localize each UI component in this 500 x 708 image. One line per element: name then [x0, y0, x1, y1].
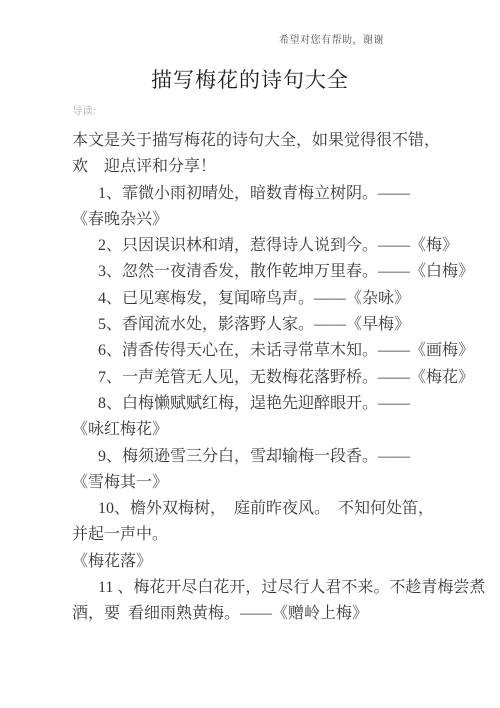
header-note: 希望对您有帮助，谢谢 — [0, 0, 500, 47]
doc-line: 11 、梅花开尽白花开，过尽行人君不来。不趁青梅尝煮 — [72, 575, 480, 601]
doc-content: 本文是关于描写梅花的诗句大全，如果觉得很不错， 欢 迎点评和分享！ 1、霏微小雨… — [0, 128, 500, 628]
doc-line: 欢 迎点评和分享！ — [72, 154, 480, 180]
doc-line: 《梅花落》 — [72, 549, 480, 575]
doc-line: 9、梅须逊雪三分白，雪却输梅一段香。—— — [72, 444, 480, 470]
lead-label: 导读: — [72, 105, 500, 118]
doc-line: 3、忽然一夜清香发，散作乾坤万里春。——《白梅》 — [72, 259, 480, 285]
document-page: 希望对您有帮助，谢谢 描写梅花的诗句大全 导读: 本文是关于描写梅花的诗句大全，… — [0, 0, 500, 708]
doc-line: 8、白梅懒赋赋红梅，逞艳先迎醉眼开。—— — [72, 391, 480, 417]
doc-line: 10、檐外双梅树， 庭前昨夜风。 不知何处笛， — [72, 496, 480, 522]
doc-line: 并起一声中。 — [72, 522, 480, 548]
doc-line: 酒，要 看细雨熟黄梅。——《赠岭上梅》 — [72, 601, 480, 627]
doc-line: 本文是关于描写梅花的诗句大全，如果觉得很不错， — [72, 128, 480, 154]
doc-line: 《春晚杂兴》 — [72, 207, 480, 233]
doc-line: 6、清香传得天心在，未话寻常草木知。——《画梅》 — [72, 338, 480, 364]
doc-line: 《咏红梅花》 — [72, 417, 480, 443]
doc-line: 5、香闻流水处，影落野人家。——《早梅》 — [72, 312, 480, 338]
doc-line: 2、只因误识林和靖，惹得诗人说到今。——《梅》 — [72, 233, 480, 259]
doc-line: 1、霏微小雨初晴处，暗数青梅立树阴。—— — [72, 181, 480, 207]
page-title: 描写梅花的诗句大全 — [0, 66, 500, 95]
doc-line: 4、已见寒梅发，复闻啼鸟声。——《杂咏》 — [72, 286, 480, 312]
doc-line: 《雪梅其一》 — [72, 470, 480, 496]
doc-line: 7、一声羌管无人见，无数梅花落野桥。——《梅花》 — [72, 365, 480, 391]
